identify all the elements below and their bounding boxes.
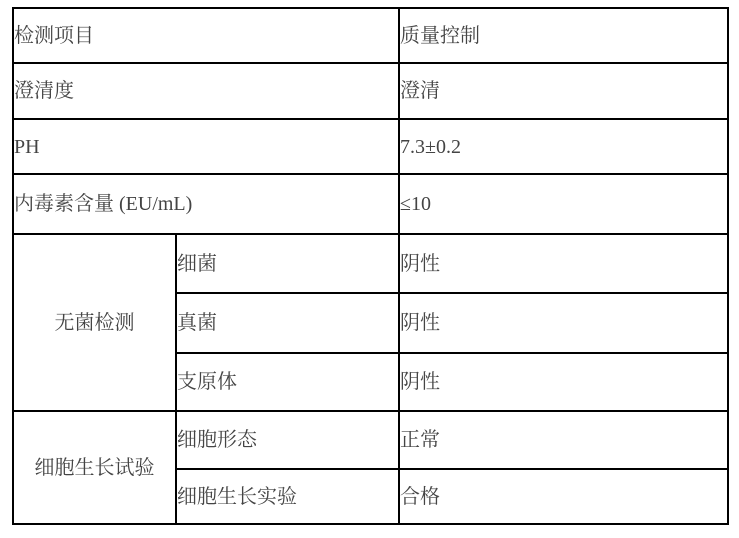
cell-subitem-mycoplasma: 支原体 [176,353,399,411]
cell-group-cell-growth-test: 细胞生长试验 [13,411,176,524]
table-row: PH 7.3±0.2 [13,119,728,174]
cell-subitem-fungi: 真菌 [176,293,399,353]
cell-subitem-bacteria: 细菌 [176,234,399,293]
cell-value-bacteria: 阴性 [399,234,728,293]
quality-control-table: 检测项目 质量控制 澄清度 澄清 PH 7.3±0.2 内毒素含量 (EU/mL… [12,7,729,525]
cell-item-clarity: 澄清度 [13,63,399,119]
cell-item-endotoxin: 内毒素含量 (EU/mL) [13,174,399,234]
cell-item-ph: PH [13,119,399,174]
cell-group-sterility-test: 无菌检测 [13,234,176,411]
cell-value-mycoplasma: 阴性 [399,353,728,411]
table-row: 检测项目 质量控制 [13,8,728,63]
table-row: 澄清度 澄清 [13,63,728,119]
cell-value-cell-morphology: 正常 [399,411,728,469]
cell-value-clarity: 澄清 [399,63,728,119]
table-row: 细胞生长试验 细胞形态 正常 [13,411,728,469]
cell-subitem-cell-growth-experiment: 细胞生长实验 [176,469,399,524]
table-row: 无菌检测 细菌 阴性 [13,234,728,293]
header-cell-quality-control: 质量控制 [399,8,728,63]
header-cell-test-item: 检测项目 [13,8,399,63]
cell-value-ph: 7.3±0.2 [399,119,728,174]
cell-value-cell-growth-experiment: 合格 [399,469,728,524]
cell-value-endotoxin: ≤10 [399,174,728,234]
cell-value-fungi: 阴性 [399,293,728,353]
table-row: 内毒素含量 (EU/mL) ≤10 [13,174,728,234]
document-page: 检测项目 质量控制 澄清度 澄清 PH 7.3±0.2 内毒素含量 (EU/mL… [0,0,739,538]
cell-subitem-cell-morphology: 细胞形态 [176,411,399,469]
